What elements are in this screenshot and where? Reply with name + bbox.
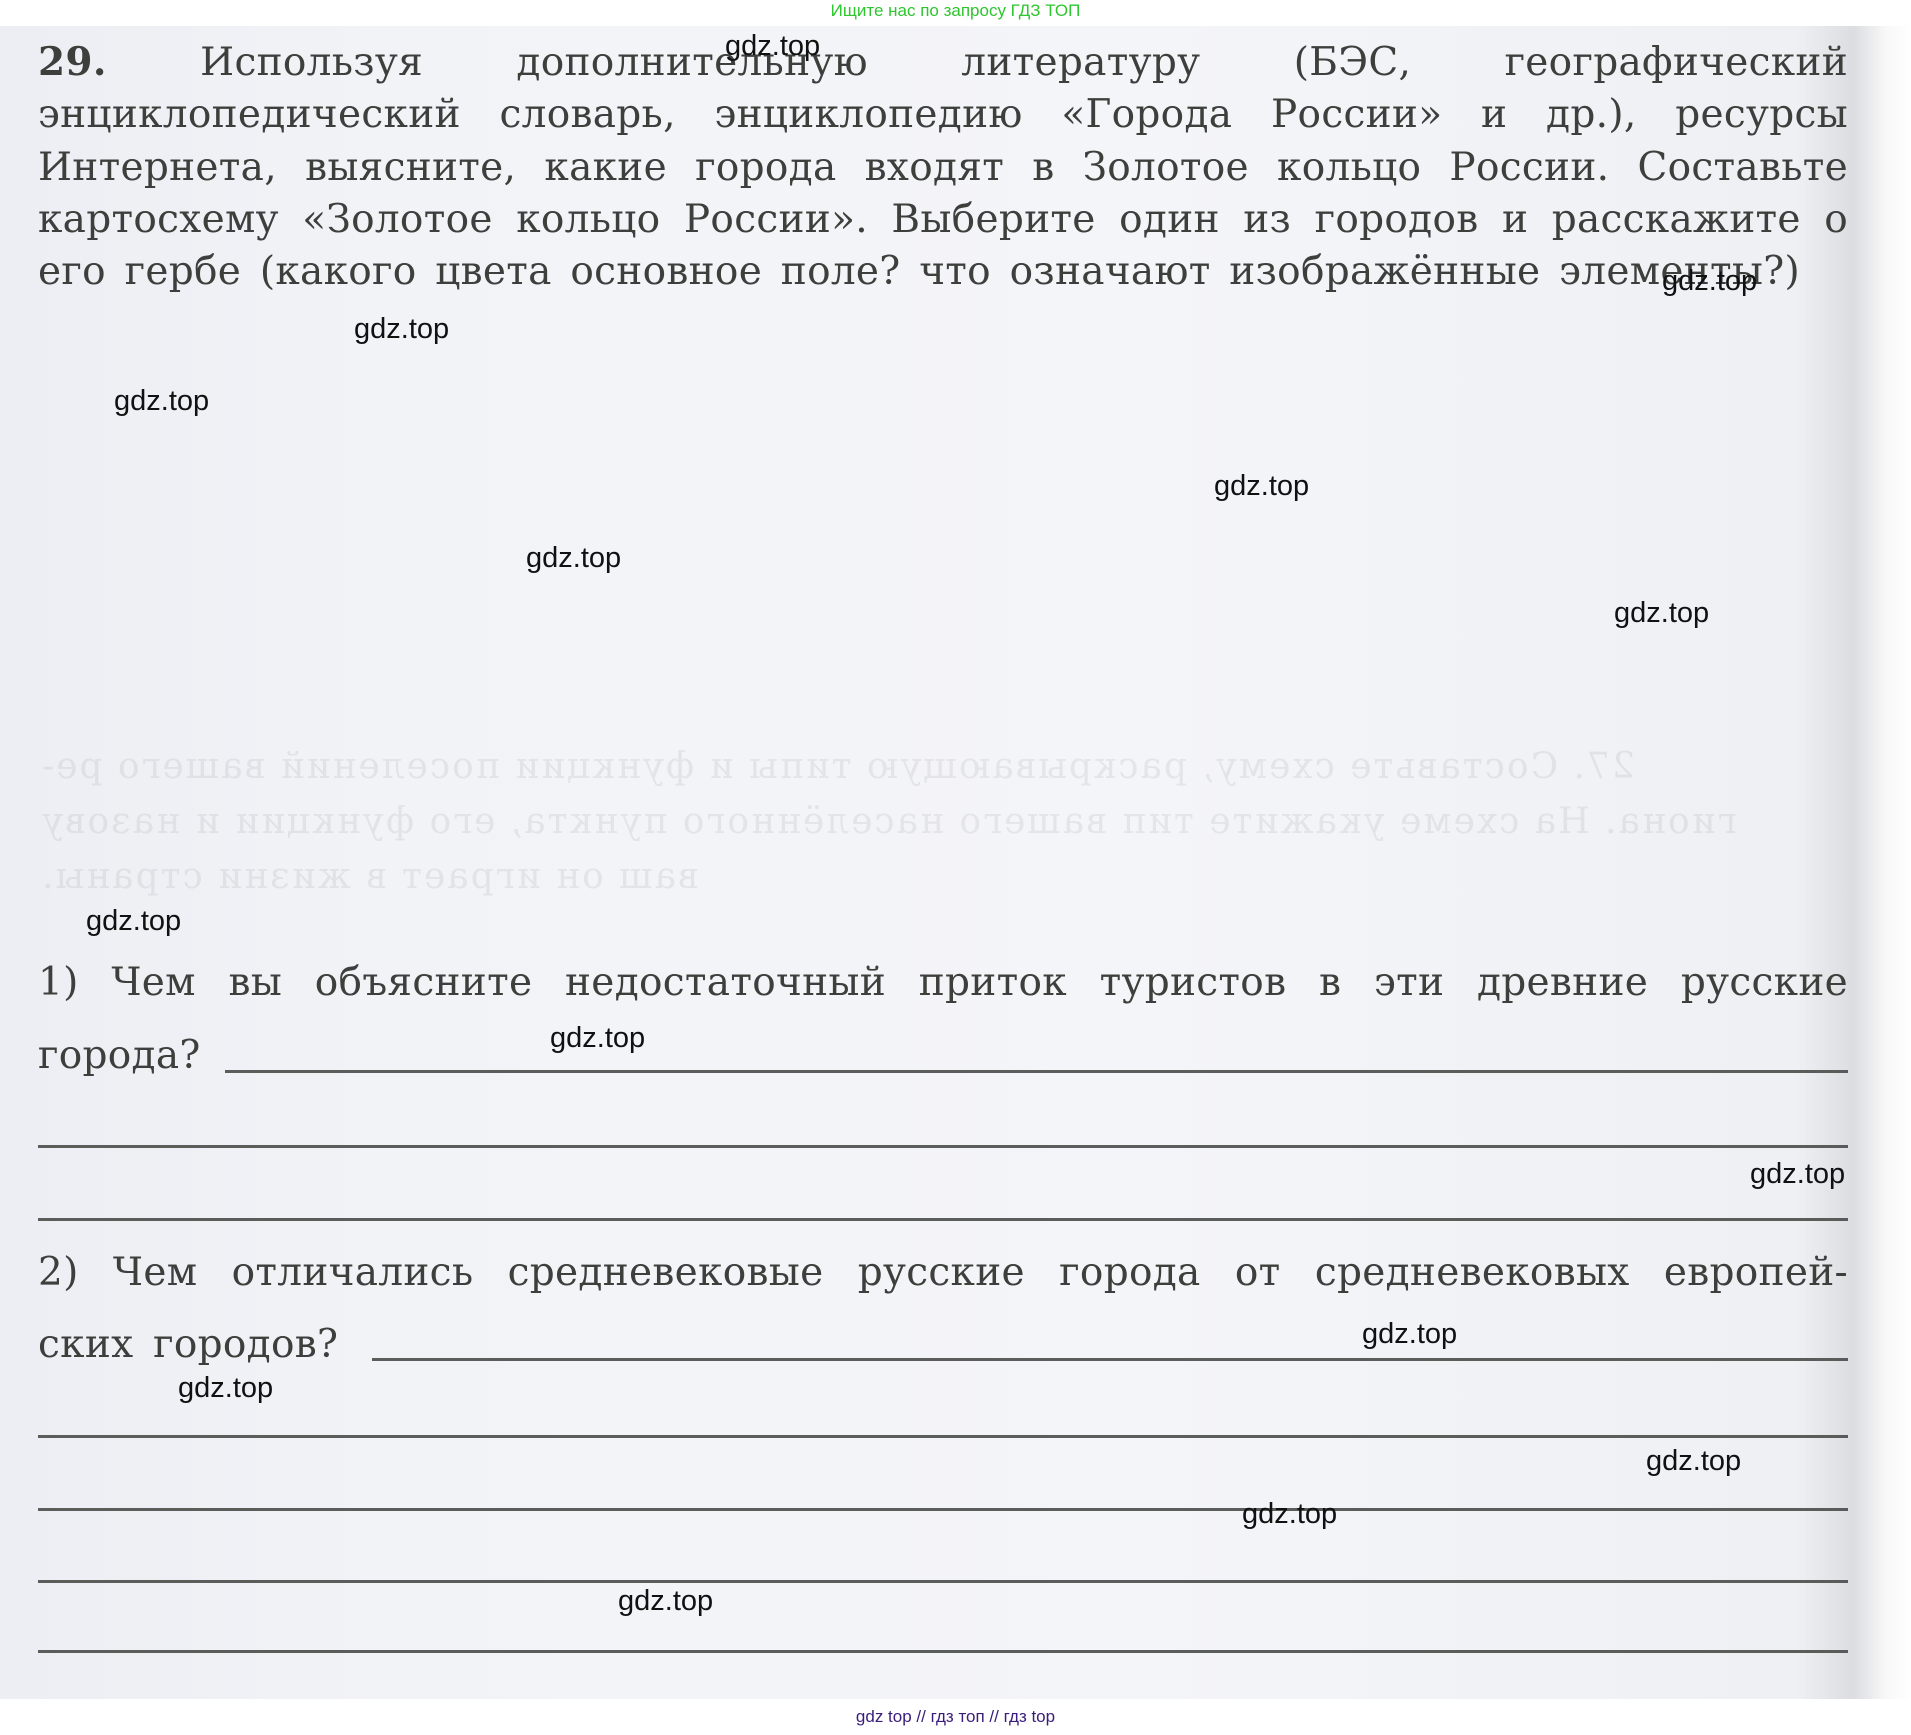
task-29: 29. Используя дополнительную литературу … (38, 36, 1848, 298)
watermark: gdz.top (354, 313, 449, 346)
bleed-through-text: ваш он играет в жизни страны. (40, 856, 698, 897)
watermark: gdz.top (86, 905, 181, 938)
answer-line[interactable] (38, 1218, 1848, 1221)
answer-line[interactable] (38, 1508, 1848, 1511)
answer-line[interactable] (38, 1580, 1848, 1583)
watermark: gdz.top (1662, 265, 1757, 298)
question-2-line2: ских городов? (38, 1322, 338, 1367)
task-text: Используя дополнительную литературу (БЭС… (38, 40, 1848, 294)
watermark: gdz.top (1614, 597, 1709, 630)
bottom-banner[interactable]: gdz top // гдз топ // гдз top (0, 1699, 1911, 1735)
watermark: gdz.top (725, 30, 820, 63)
question-1-line1: 1) Чем вы объясните недостаточный приток… (38, 960, 1848, 1005)
answer-line[interactable] (38, 1145, 1848, 1148)
question-1-line2: города? (38, 1033, 201, 1078)
watermark: gdz.top (178, 1372, 273, 1405)
answer-line[interactable] (225, 1070, 1848, 1073)
watermark: gdz.top (114, 385, 209, 418)
top-banner[interactable]: Ищите нас по запросу ГДЗ ТОП (0, 0, 1911, 26)
watermark: gdz.top (1214, 470, 1309, 503)
answer-line[interactable] (372, 1358, 1848, 1361)
answer-line[interactable] (38, 1650, 1848, 1653)
bleed-through-text: 27. Составьте схему, раскрывающую типы и… (40, 746, 1635, 787)
question-2-line1: 2) Чем отличались средневековые русские … (38, 1250, 1848, 1295)
watermark: gdz.top (618, 1585, 713, 1618)
watermark: gdz.top (1646, 1445, 1741, 1478)
watermark: gdz.top (1750, 1158, 1845, 1191)
watermark: gdz.top (1242, 1498, 1337, 1531)
answer-line[interactable] (38, 1435, 1848, 1438)
task-number: 29. (38, 39, 107, 85)
bleed-through-text: гиона. На схеме укажите тип вашего насел… (40, 801, 1737, 842)
watermark: gdz.top (1362, 1318, 1457, 1351)
watermark: gdz.top (550, 1022, 645, 1055)
watermark: gdz.top (526, 542, 621, 575)
